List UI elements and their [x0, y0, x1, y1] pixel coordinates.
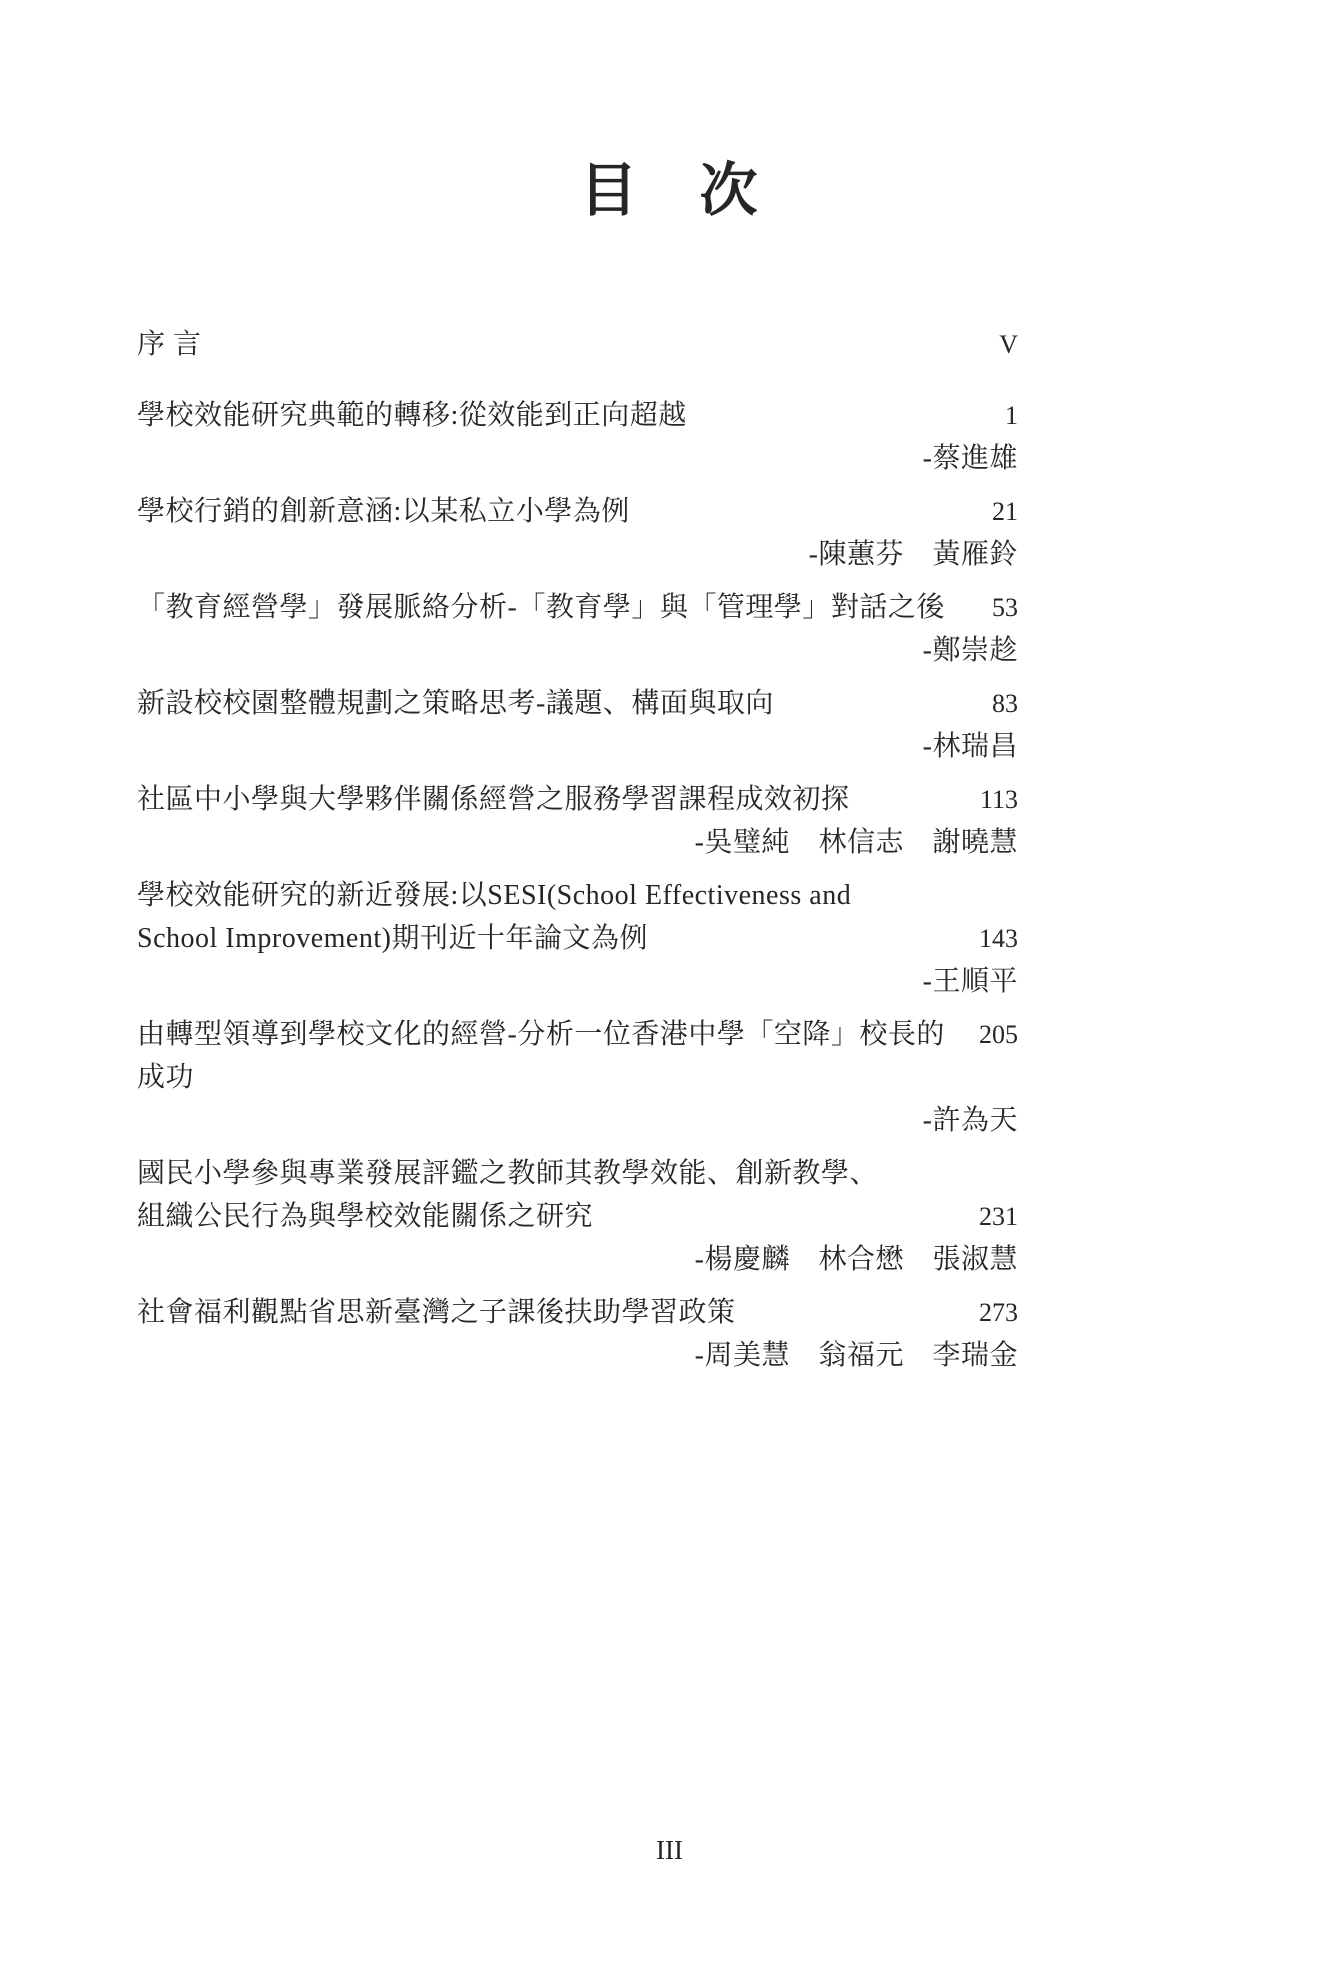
- entry-page-number: V: [979, 323, 1018, 366]
- page-number-footer: III: [0, 1830, 1339, 1870]
- entry-page-number: 21: [972, 490, 1018, 533]
- entry-title: 序 言: [137, 323, 202, 366]
- entry-title-line1: 學校效能研究的新近發展:以SESI(School Effectiveness a…: [137, 874, 851, 917]
- toc-entry: 國民小學參與專業發展評鑑之教師其教學效能、創新教學、 組織公民行為與學校效能關係…: [137, 1152, 1018, 1281]
- entry-page-number: 273: [959, 1291, 1018, 1334]
- entry-authors: -許為天: [137, 1099, 1018, 1142]
- toc-entry: 社區中小學與大學夥伴關係經營之服務學習課程成效初探 113 -吳璧純 林信志 謝…: [137, 778, 1018, 864]
- entry-title: 學校效能研究典範的轉移:從效能到正向超越: [137, 394, 687, 437]
- entry-title-line2: 組織公民行為與學校效能關係之研究: [137, 1195, 593, 1238]
- entry-row: 社區中小學與大學夥伴關係經營之服務學習課程成效初探 113: [137, 778, 1018, 821]
- entry-authors: -林瑞昌: [137, 725, 1018, 768]
- entry-row: 組織公民行為與學校效能關係之研究 231: [137, 1195, 1018, 1238]
- entry-title: 由轉型領導到學校文化的經營-分析一位香港中學「空降」校長的成功: [137, 1013, 959, 1099]
- toc-entry: 由轉型領導到學校文化的經營-分析一位香港中學「空降」校長的成功 205 -許為天: [137, 1013, 1018, 1142]
- entry-row: 由轉型領導到學校文化的經營-分析一位香港中學「空降」校長的成功 205: [137, 1013, 1018, 1099]
- entry-title: 新設校校園整體規劃之策略思考-議題、構面與取向: [137, 682, 774, 725]
- toc-entry: 學校行銷的創新意涵:以某私立小學為例 21 -陳蕙芬 黃雁鈴: [137, 490, 1018, 576]
- page-title: 目 次: [0, 158, 1339, 224]
- entry-page-number: 83: [972, 682, 1018, 725]
- entry-title-line2: School Improvement)期刊近十年論文為例: [137, 917, 648, 960]
- toc-entry: 「教育經營學」發展脈絡分析-「教育學」與「管理學」對話之後 53 -鄭崇趁: [137, 586, 1018, 672]
- entry-authors: -鄭崇趁: [137, 629, 1018, 672]
- entry-authors: -周美慧 翁福元 李瑞金: [137, 1334, 1018, 1377]
- table-of-contents: 序 言 V 學校效能研究典範的轉移:從效能到正向超越 1 -蔡進雄 學校行銷的創…: [137, 323, 1018, 1377]
- entry-page-number: 205: [959, 1013, 1018, 1056]
- entry-title-line1: 國民小學參與專業發展評鑑之教師其教學效能、創新教學、: [137, 1152, 878, 1195]
- entry-page-number: 113: [960, 778, 1018, 821]
- entry-authors: -楊慶麟 林合懋 張淑慧: [137, 1238, 1018, 1281]
- entry-row: 學校效能研究典範的轉移:從效能到正向超越 1: [137, 394, 1018, 437]
- entry-row: 序 言 V: [137, 323, 1018, 366]
- entry-title: 社會福利觀點省思新臺灣之子課後扶助學習政策: [137, 1291, 736, 1334]
- entry-row: 「教育經營學」發展脈絡分析-「教育學」與「管理學」對話之後 53: [137, 586, 1018, 629]
- entry-row: School Improvement)期刊近十年論文為例 143: [137, 917, 1018, 960]
- toc-entry: 學校效能研究典範的轉移:從效能到正向超越 1 -蔡進雄: [137, 394, 1018, 480]
- toc-entry: 社會福利觀點省思新臺灣之子課後扶助學習政策 273 -周美慧 翁福元 李瑞金: [137, 1291, 1018, 1377]
- toc-entry: 新設校校園整體規劃之策略思考-議題、構面與取向 83 -林瑞昌: [137, 682, 1018, 768]
- entry-row: 新設校校園整體規劃之策略思考-議題、構面與取向 83: [137, 682, 1018, 725]
- entry-row: 社會福利觀點省思新臺灣之子課後扶助學習政策 273: [137, 1291, 1018, 1334]
- toc-page: 目 次 序 言 V 學校效能研究典範的轉移:從效能到正向超越 1 -蔡進雄 學校…: [0, 158, 1339, 1377]
- entry-title: 「教育經營學」發展脈絡分析-「教育學」與「管理學」對話之後: [137, 586, 945, 629]
- entry-page-number: 231: [959, 1195, 1018, 1238]
- entry-authors: -蔡進雄: [137, 437, 1018, 480]
- entry-page-number: 1: [985, 394, 1018, 437]
- toc-entry-preface: 序 言 V: [137, 323, 1018, 366]
- entry-page-number: 143: [959, 917, 1018, 960]
- toc-entry: 學校效能研究的新近發展:以SESI(School Effectiveness a…: [137, 874, 1018, 1003]
- entry-row: 國民小學參與專業發展評鑑之教師其教學效能、創新教學、: [137, 1152, 1018, 1195]
- entry-authors: -王順平: [137, 960, 1018, 1003]
- entry-row: 學校效能研究的新近發展:以SESI(School Effectiveness a…: [137, 874, 1018, 917]
- entry-title: 學校行銷的創新意涵:以某私立小學為例: [137, 490, 630, 533]
- entry-title: 社區中小學與大學夥伴關係經營之服務學習課程成效初探: [137, 778, 850, 821]
- entry-authors: -吳璧純 林信志 謝曉慧: [137, 821, 1018, 864]
- entry-authors: -陳蕙芬 黃雁鈴: [137, 533, 1018, 576]
- entry-page-number: 53: [972, 586, 1018, 629]
- entry-row: 學校行銷的創新意涵:以某私立小學為例 21: [137, 490, 1018, 533]
